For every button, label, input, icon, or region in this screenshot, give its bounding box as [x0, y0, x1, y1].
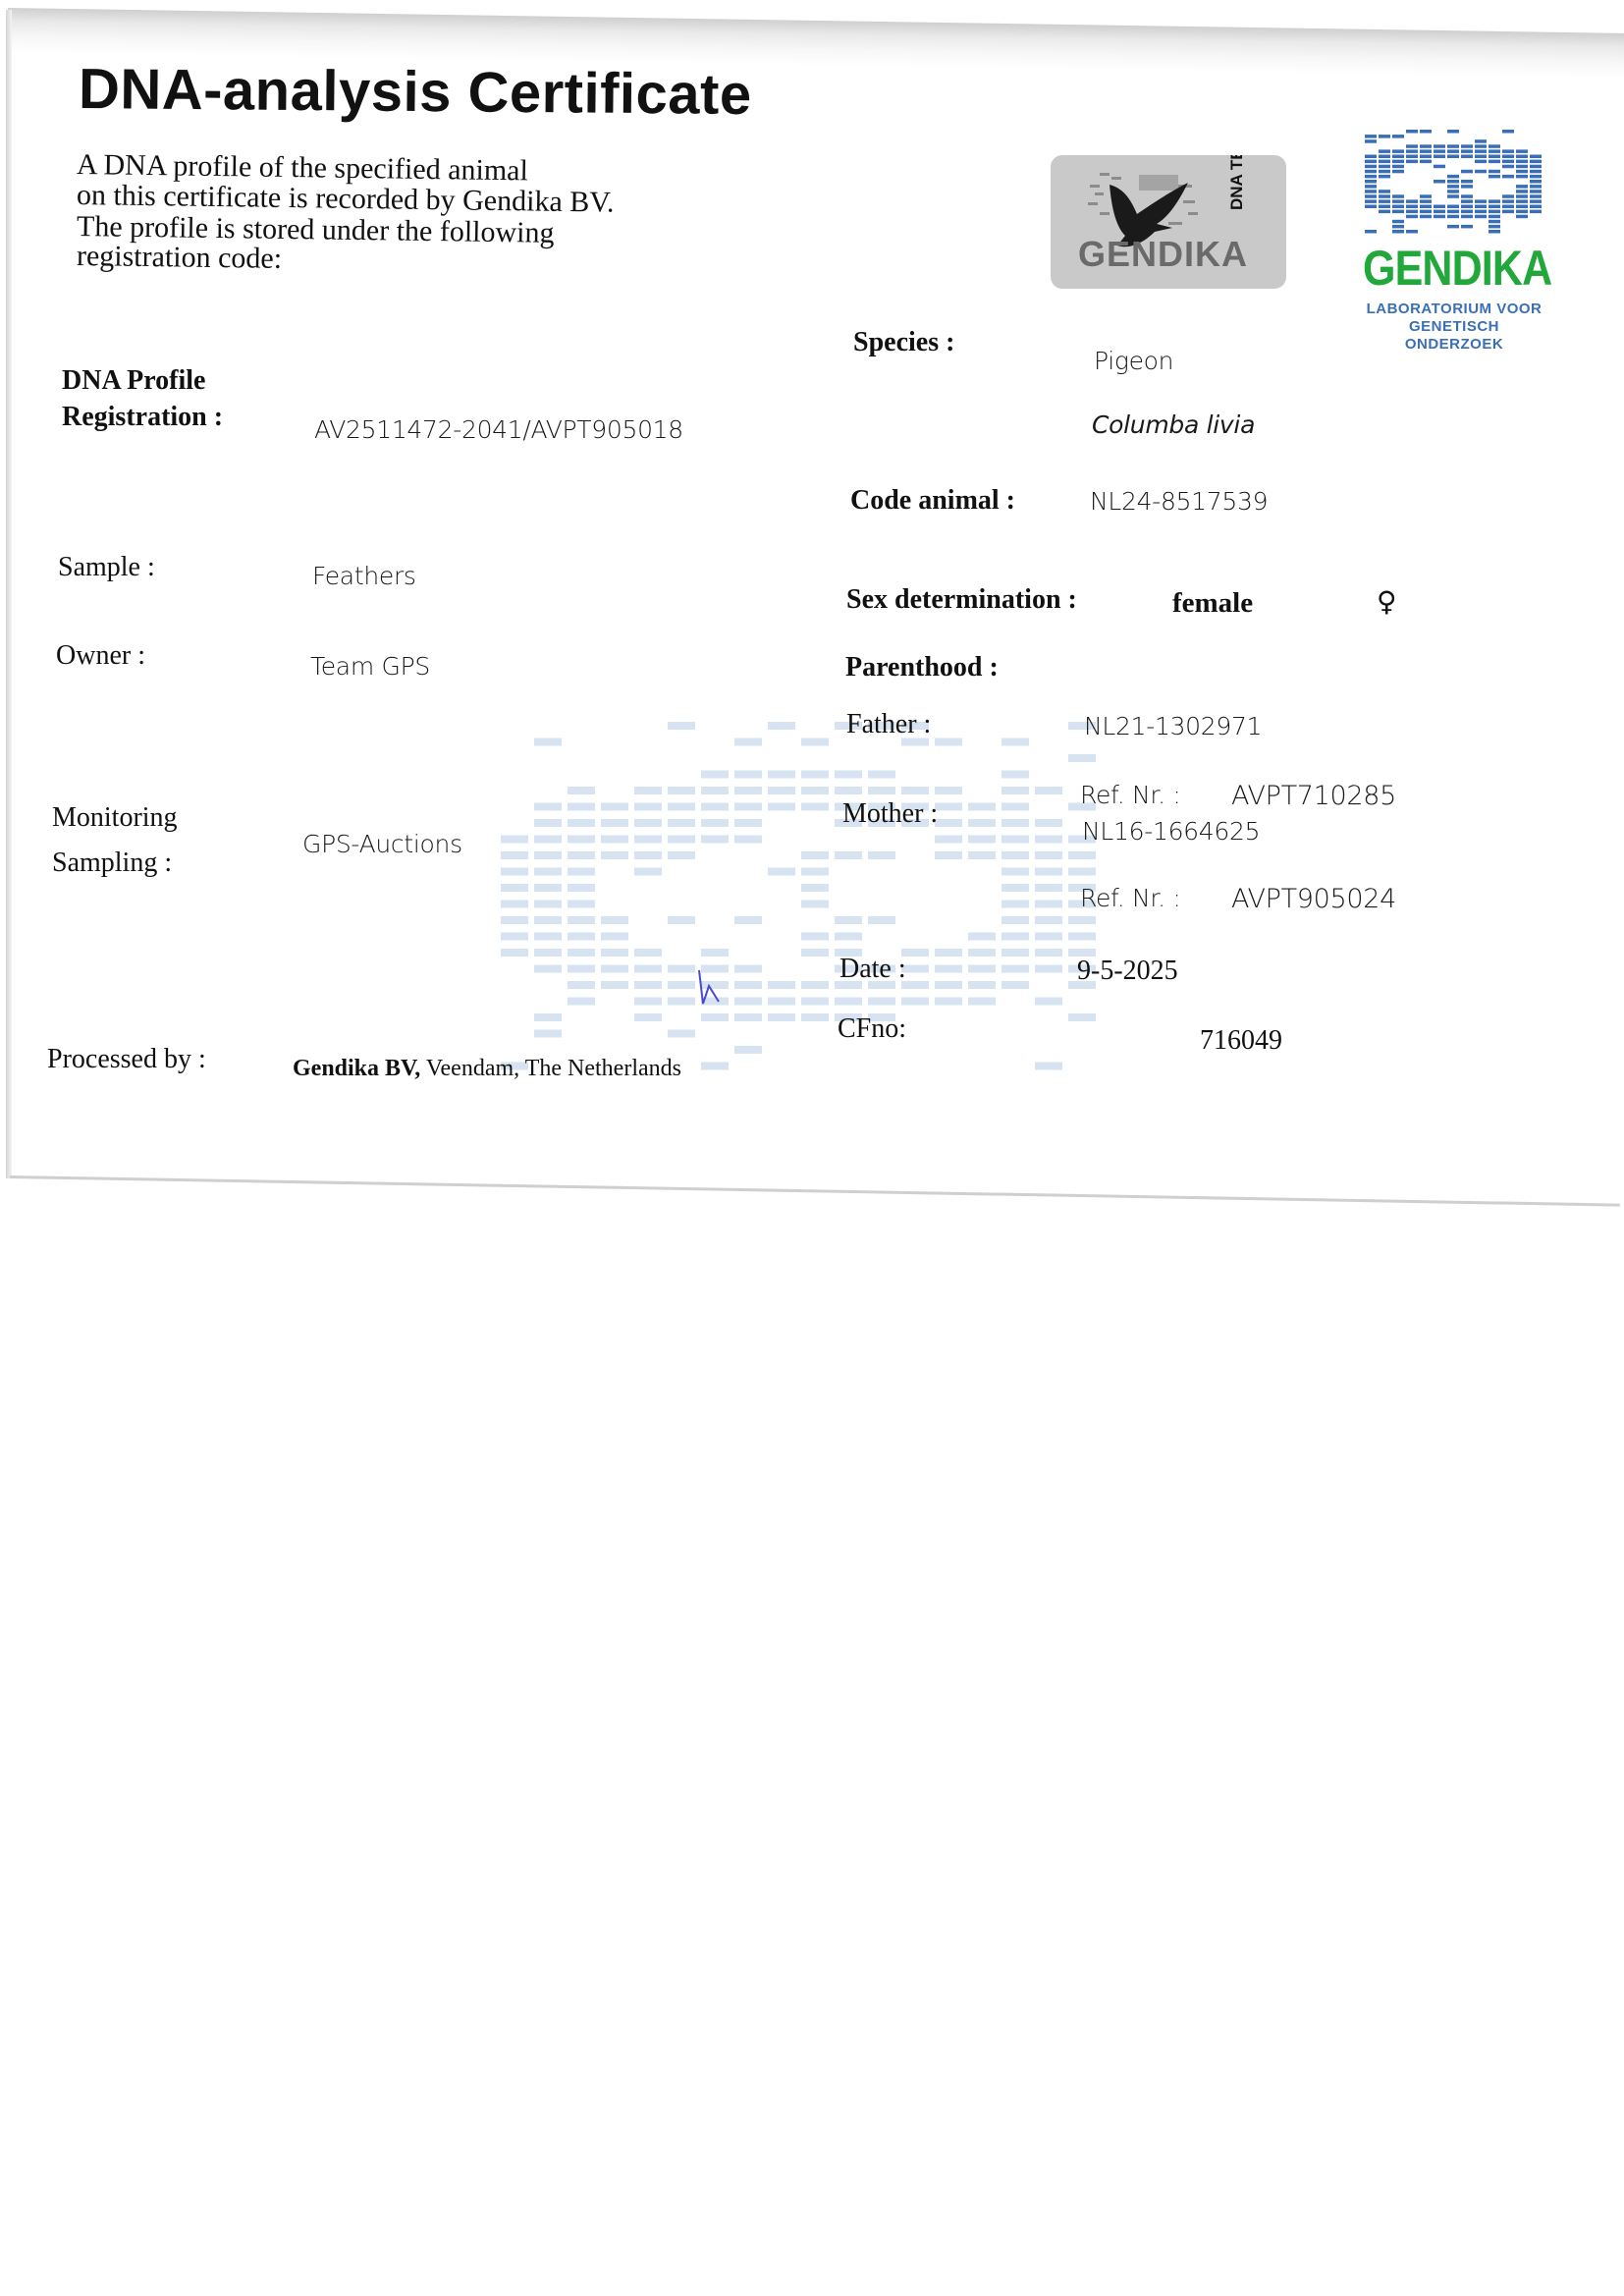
- page-title: DNA-analysis Certificate: [79, 56, 752, 128]
- intro-line-4: registration code:: [77, 241, 283, 274]
- sex-label: Sex determination :: [846, 584, 1077, 616]
- registration-label-2: Registration :: [62, 402, 223, 433]
- mother-value: NL16-1664625: [1082, 817, 1260, 846]
- father-ref-label: Ref. Nr. :: [1080, 781, 1181, 809]
- mother-label: Mother :: [842, 798, 938, 830]
- logo-subtitle-line-2: GENETISCH ONDERZOEK: [1365, 318, 1543, 354]
- cfno-label: CFno:: [838, 1013, 906, 1045]
- owner-label: Owner :: [56, 640, 145, 672]
- owner-value: Team GPS: [310, 652, 430, 681]
- processed-by-label: Processed by :: [47, 1044, 206, 1075]
- code-animal-value: NL24-8517539: [1090, 487, 1268, 516]
- date-label: Date :: [839, 954, 906, 985]
- cfno-value: 716049: [1200, 1025, 1282, 1057]
- species-common-name: Pigeon: [1094, 347, 1173, 375]
- mother-ref-label: Ref. Nr. :: [1080, 884, 1181, 912]
- sticker-brand: GENDIKA: [1078, 234, 1248, 275]
- registration-value: AV2511472-2041/AVPT905018: [314, 415, 683, 444]
- date-value: 9-5-2025: [1077, 956, 1178, 987]
- monitoring-label-2: Sampling :: [52, 847, 172, 879]
- sample-label: Sample :: [58, 552, 155, 583]
- logo-subtitle: LABORATORIUM VOOR GENETISCH ONDERZOEK: [1365, 301, 1543, 354]
- mother-ref-value: AVPT905024: [1231, 884, 1396, 914]
- father-label: Father :: [846, 709, 931, 740]
- monitoring-value: GPS-Auctions: [302, 830, 462, 858]
- dna-bands-g-icon: [1365, 130, 1546, 238]
- dna-tested-sticker: GENDIKA DNA TESTED: [1051, 155, 1286, 289]
- logo-gendika: GENDIKA: [1363, 240, 1551, 297]
- processed-by-value: Gendika BV, Veendam, The Netherlands: [293, 1056, 681, 1082]
- registration-label-1: DNA Profile: [62, 365, 205, 397]
- processed-by-location: Veendam, The Netherlands: [420, 1056, 681, 1081]
- code-animal-label: Code animal :: [850, 485, 1015, 517]
- monitoring-label-1: Monitoring: [52, 802, 178, 834]
- scan-shadow-left: [6, 10, 12, 1178]
- father-value: NL21-1302971: [1084, 712, 1262, 740]
- signature-mark-icon: [695, 968, 725, 1008]
- species-label: Species :: [853, 327, 954, 358]
- processed-by-company: Gendika BV,: [293, 1056, 420, 1081]
- logo-subtitle-line-1: LABORATORIUM VOOR: [1365, 301, 1543, 318]
- female-symbol-icon: ♀: [1377, 585, 1397, 618]
- dna-watermark-icon: [501, 722, 1110, 1085]
- sample-value: Feathers: [312, 562, 416, 590]
- parenthood-label: Parenthood :: [845, 652, 999, 683]
- sex-value: female: [1172, 587, 1253, 620]
- father-ref-value: AVPT710285: [1231, 781, 1396, 811]
- sticker-dna-tested: DNA TESTED: [1227, 155, 1247, 210]
- species-latin-name: Columba livia: [1092, 410, 1255, 439]
